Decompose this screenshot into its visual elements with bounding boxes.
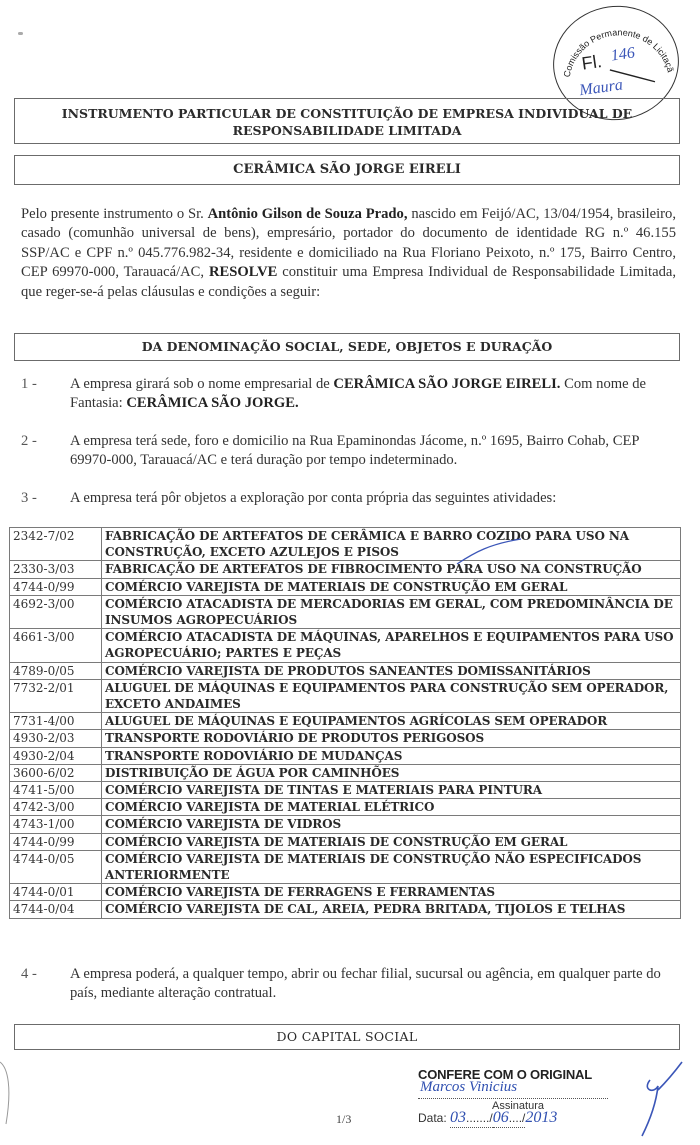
table-row: 4744-0/99COMÉRCIO VAREJISTA DE MATERIAIS… bbox=[10, 833, 681, 850]
date-year: 2013 bbox=[525, 1109, 557, 1126]
preamble-text: Pelo presente instrumento o Sr. bbox=[21, 206, 208, 222]
activity-description: DISTRIBUIÇÃO DE ÁGUA POR CAMINHÕES bbox=[102, 764, 681, 781]
activity-description: COMÉRCIO VAREJISTA DE MATERIAIS DE CONST… bbox=[102, 850, 681, 883]
certification-date: Data: 03......./06..../2013 bbox=[418, 1109, 618, 1128]
resolve-keyword: RESOLVE bbox=[209, 264, 277, 280]
table-row: 4930-2/03TRANSPORTE RODOVIÁRIO DE PRODUT… bbox=[10, 730, 681, 747]
title-line-1: INSTRUMENTO PARTICULAR DE CONSTITUIÇÃO D… bbox=[15, 105, 679, 122]
clause-number: 4 - bbox=[21, 965, 61, 984]
section-heading-denominacao: DA DENOMINAÇÃO SOCIAL, SEDE, OBJETOS E D… bbox=[14, 333, 680, 361]
certifier-signature: Marcos Vinicius bbox=[420, 1079, 517, 1096]
page-number: 1/3 bbox=[336, 1112, 351, 1127]
clause-3: 3 - A empresa terá pôr objetos a explora… bbox=[21, 489, 676, 508]
section-heading-capital-social: DO CAPITAL SOCIAL bbox=[14, 1024, 680, 1050]
scan-speck bbox=[18, 32, 23, 35]
activity-code: 4744-0/99 bbox=[10, 578, 102, 595]
clause-text: A empresa terá sede, foro e domicilio na… bbox=[70, 432, 676, 471]
title-line-2: RESPONSABILIDADE LIMITADA bbox=[15, 122, 679, 139]
activity-code: 4744-0/99 bbox=[10, 833, 102, 850]
activity-description: FABRICAÇÃO DE ARTEFATOS DE FIBROCIMENTO … bbox=[102, 561, 681, 578]
activity-description: COMÉRCIO VAREJISTA DE CAL, AREIA, PEDRA … bbox=[102, 901, 681, 918]
activity-description: COMÉRCIO VAREJISTA DE MATERIAIS DE CONST… bbox=[102, 578, 681, 595]
table-row: 4743-1/00COMÉRCIO VAREJISTA DE VIDROS bbox=[10, 816, 681, 833]
activity-code: 4930-2/03 bbox=[10, 730, 102, 747]
activity-code: 4692-3/00 bbox=[10, 595, 102, 628]
certification-stamp: CONFERE COM O ORIGINAL Marcos Vinicius A… bbox=[418, 1067, 618, 1128]
activity-code: 4742-3/00 bbox=[10, 799, 102, 816]
activity-description: COMÉRCIO ATACADISTA DE MÁQUINAS, APARELH… bbox=[102, 629, 681, 662]
date-month: 06 bbox=[493, 1109, 509, 1126]
owner-name: Antônio Gilson de Souza Prado, bbox=[208, 206, 408, 222]
activity-description: FABRICAÇÃO DE ARTEFATOS DE CERÂMICA E BA… bbox=[102, 528, 681, 561]
table-row: 7732-2/01ALUGUEL DE MÁQUINAS E EQUIPAMEN… bbox=[10, 679, 681, 712]
table-row: 4744-0/05COMÉRCIO VAREJISTA DE MATERIAIS… bbox=[10, 850, 681, 883]
activity-description: TRANSPORTE RODOVIÁRIO DE MUDANÇAS bbox=[102, 747, 681, 764]
clause-text: A empresa girará sob o nome empresarial … bbox=[70, 375, 676, 414]
table-row: 3600-6/02DISTRIBUIÇÃO DE ÁGUA POR CAMINH… bbox=[10, 764, 681, 781]
folio-label: Fl. bbox=[580, 51, 603, 75]
initials-signature-icon bbox=[636, 1060, 686, 1140]
document-title: INSTRUMENTO PARTICULAR DE CONSTITUIÇÃO D… bbox=[14, 98, 680, 144]
activity-code: 4744-0/01 bbox=[10, 884, 102, 901]
table-row: 4744-0/04COMÉRCIO VAREJISTA DE CAL, AREI… bbox=[10, 901, 681, 918]
table-row: 2330-3/03FABRICAÇÃO DE ARTEFATOS DE FIBR… bbox=[10, 561, 681, 578]
clause-1: 1 - A empresa girará sob o nome empresar… bbox=[21, 375, 676, 414]
preamble-paragraph: Pelo presente instrumento o Sr. Antônio … bbox=[21, 205, 676, 302]
activity-code: 7731-4/00 bbox=[10, 713, 102, 730]
signature-line: Marcos Vinicius bbox=[418, 1082, 608, 1099]
clause-number: 2 - bbox=[21, 432, 61, 451]
activity-code: 2342-7/02 bbox=[10, 528, 102, 561]
activity-description: ALUGUEL DE MÁQUINAS E EQUIPAMENTOS PARA … bbox=[102, 679, 681, 712]
activity-code: 4930-2/04 bbox=[10, 747, 102, 764]
clause-4: 4 - A empresa poderá, a qualquer tempo, … bbox=[21, 965, 676, 1004]
table-row: 7731-4/00ALUGUEL DE MÁQUINAS E EQUIPAMEN… bbox=[10, 713, 681, 730]
clause-text: A empresa poderá, a qualquer tempo, abri… bbox=[70, 965, 676, 1004]
pen-stroke-icon bbox=[455, 536, 525, 566]
activity-description: COMÉRCIO VAREJISTA DE TINTAS E MATERIAIS… bbox=[102, 782, 681, 799]
activity-description: COMÉRCIO VAREJISTA DE PRODUTOS SANEANTES… bbox=[102, 662, 681, 679]
table-row: 4744-0/01COMÉRCIO VAREJISTA DE FERRAGENS… bbox=[10, 884, 681, 901]
activity-code: 7732-2/01 bbox=[10, 679, 102, 712]
table-row: 4742-3/00COMÉRCIO VAREJISTA DE MATERIAL … bbox=[10, 799, 681, 816]
table-row: 2342-7/02FABRICAÇÃO DE ARTEFATOS DE CERÂ… bbox=[10, 528, 681, 561]
activity-code: 2330-3/03 bbox=[10, 561, 102, 578]
activity-description: COMÉRCIO VAREJISTA DE MATERIAIS DE CONST… bbox=[102, 833, 681, 850]
clause-number: 3 - bbox=[21, 489, 61, 508]
table-row: 4744-0/99COMÉRCIO VAREJISTA DE MATERIAIS… bbox=[10, 578, 681, 595]
activity-code: 4744-0/04 bbox=[10, 901, 102, 918]
activity-code: 4744-0/05 bbox=[10, 850, 102, 883]
table-row: 4692-3/00COMÉRCIO ATACADISTA DE MERCADOR… bbox=[10, 595, 681, 628]
activity-code: 4789-0/05 bbox=[10, 662, 102, 679]
company-name-heading: CERÂMICA SÃO JORGE EIRELI bbox=[14, 155, 680, 185]
clause-number: 1 - bbox=[21, 375, 61, 394]
activity-description: COMÉRCIO VAREJISTA DE FERRAGENS E FERRAM… bbox=[102, 884, 681, 901]
table-row: 4789-0/05COMÉRCIO VAREJISTA DE PRODUTOS … bbox=[10, 662, 681, 679]
activity-description: COMÉRCIO VAREJISTA DE MATERIAL ELÉTRICO bbox=[102, 799, 681, 816]
activity-description: ALUGUEL DE MÁQUINAS E EQUIPAMENTOS AGRÍC… bbox=[102, 713, 681, 730]
activity-description: COMÉRCIO VAREJISTA DE VIDROS bbox=[102, 816, 681, 833]
activity-description: TRANSPORTE RODOVIÁRIO DE PRODUTOS PERIGO… bbox=[102, 730, 681, 747]
clause-text: A empresa terá pôr objetos a exploração … bbox=[70, 489, 676, 508]
table-row: 4661-3/00COMÉRCIO ATACADISTA DE MÁQUINAS… bbox=[10, 629, 681, 662]
activity-description: COMÉRCIO ATACADISTA DE MERCADORIAS EM GE… bbox=[102, 595, 681, 628]
activity-code: 4741-5/00 bbox=[10, 782, 102, 799]
svg-text:Comissão Permanente de Licitaç: Comissão Permanente de Licitação bbox=[547, 0, 676, 89]
date-label: Data: bbox=[418, 1111, 447, 1125]
clause-2: 2 - A empresa terá sede, foro e domicili… bbox=[21, 432, 676, 471]
activity-code: 3600-6/02 bbox=[10, 764, 102, 781]
table-row: 4741-5/00COMÉRCIO VAREJISTA DE TINTAS E … bbox=[10, 782, 681, 799]
activity-code: 4743-1/00 bbox=[10, 816, 102, 833]
scan-edge-mark bbox=[0, 1058, 14, 1128]
activity-code: 4661-3/00 bbox=[10, 629, 102, 662]
document-page: Comissão Permanente de Licitação Fl. 146… bbox=[0, 0, 700, 1145]
date-day: 03 bbox=[450, 1109, 466, 1126]
activities-table: 2342-7/02FABRICAÇÃO DE ARTEFATOS DE CERÂ… bbox=[9, 527, 681, 919]
folio-number: 146 bbox=[610, 44, 636, 65]
table-row: 4930-2/04TRANSPORTE RODOVIÁRIO DE MUDANÇ… bbox=[10, 747, 681, 764]
